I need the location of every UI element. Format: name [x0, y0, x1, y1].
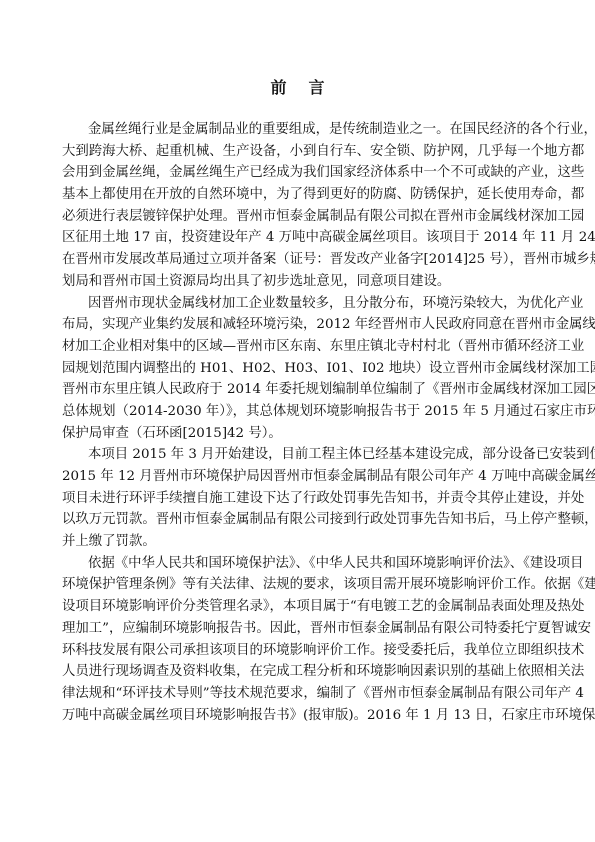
paragraph-4: 依据《中华人民共和国环境保护法》、《中华人民共和国环境影响评价法》、《建设项目 … [62, 553, 533, 727]
paragraph-3: 本项目 2015 年 3 月开始建设，目前工程主体已经基本建设完成，部分设备已安… [62, 444, 533, 552]
paragraph-2: 因晋州市现状金属线材加工企业数量较多，且分散分布，环境污染较大，为优化产业 布局… [62, 293, 533, 445]
document-page: 前言 金属丝绳行业是金属制品业的重要组成，是传统制造业之一。在国民经济的各个行业… [0, 0, 595, 842]
text-line: 因晋州市现状金属线材加工企业数量较多，且分散分布，环境污染较大，为优化产业 [62, 293, 533, 315]
text-line: 律法规和“环评技术导则”等技术规范要求，编制了《晋州市恒泰金属制品有限公司年产 … [62, 683, 533, 705]
text-line: 理加工”，应编制环境影响报告书。因此，晋州市恒泰金属制品有限公司特委托宁夏智诚安 [62, 618, 533, 640]
text-line: 2015 年 12 月晋州市环境保护局因晋州市恒泰金属制品有限公司年产 4 万吨… [62, 466, 533, 488]
text-line: 基本上都使用在开放的自然环境中，为了得到更好的防腐、防锈保护，延长使用寿命，都 [62, 184, 533, 206]
text-line: 晋州市东里庄镇人民政府于 2014 年委托规划编制单位编制了《晋州市金属线材深加… [62, 379, 533, 401]
page-title: 前言 [0, 78, 595, 98]
text-line: 布局，实现产业集约发展和减轻环境污染，2012 年经晋州市人民政府同意在晋州市金… [62, 314, 533, 336]
text-line: 保护局审查（石环函[2015]42 号）。 [62, 423, 533, 445]
text-line: 设项目环境影响评价分类管理名录》，本项目属于“有电镀工艺的金属制品表面处理及热处 [62, 596, 533, 618]
text-line: 区征用土地 17 亩，投资建设年产 4 万吨中高碳金属丝项目。该项目于 2014… [62, 227, 533, 249]
text-line: 会用到金属丝绳，金属丝绳生产已经成为我们国家经济体系中一个不可或缺的产业，这些 [62, 162, 533, 184]
document-body: 金属丝绳行业是金属制品业的重要组成，是传统制造业之一。在国民经济的各个行业， 大… [62, 119, 533, 726]
text-line: 在晋州市发展改革局通过立项并备案（证号：晋发改产业备字[2014]25 号），晋… [62, 249, 533, 271]
text-line: 以玖万元罚款。晋州市恒泰金属制品有限公司接到行政处罚事先告知书后，马上停产整顿， [62, 509, 533, 531]
text-line: 并上缴了罚款。 [62, 531, 533, 553]
text-line: 总体规划（2014-2030 年）》，其总体规划环境影响报告书于 2015 年 … [62, 401, 533, 423]
text-line: 金属丝绳行业是金属制品业的重要组成，是传统制造业之一。在国民经济的各个行业， [62, 119, 533, 141]
text-line: 依据《中华人民共和国环境保护法》、《中华人民共和国环境影响评价法》、《建设项目 [62, 553, 533, 575]
text-line: 环科技发展有限公司承担该项目的环境影响评价工作。接受委托后，我单位立即组织技术 [62, 640, 533, 662]
text-line: 划局和晋州市国土资源局均出具了初步选址意见，同意项目建设。 [62, 271, 533, 293]
paragraph-1: 金属丝绳行业是金属制品业的重要组成，是传统制造业之一。在国民经济的各个行业， 大… [62, 119, 533, 293]
text-line: 本项目 2015 年 3 月开始建设，目前工程主体已经基本建设完成，部分设备已安… [62, 444, 533, 466]
text-line: 环境保护管理条例》等有关法律、法规的要求，该项目需开展环境影响评价工作。依据《建 [62, 574, 533, 596]
text-line: 必须进行表层镀锌保护处理。晋州市恒泰金属制品有限公司拟在晋州市金属线材深加工园 [62, 206, 533, 228]
text-line: 万吨中高碳金属丝项目环境影响报告书》(报审版)。2016 年 1 月 13 日，… [62, 705, 533, 727]
text-line: 人员进行现场调查及资料收集，在完成工程分析和环境影响因素识别的基础上依照相关法 [62, 661, 533, 683]
text-line: 园规划范围内调整出的 H01、H02、H03、I01、I02 地块）设立晋州市金… [62, 358, 533, 380]
text-line: 大到跨海大桥、起重机械、生产设备，小到自行车、安全锁、防护网，几乎每一个地方都 [62, 141, 533, 163]
text-line: 材加工企业相对集中的区域—晋州市区东南、东里庄镇北寺村村北（晋州市循环经济工业 [62, 336, 533, 358]
text-line: 项目未进行环评手续擅自施工建设下达了行政处罚事先告知书，并责令其停止建设，并处 [62, 488, 533, 510]
